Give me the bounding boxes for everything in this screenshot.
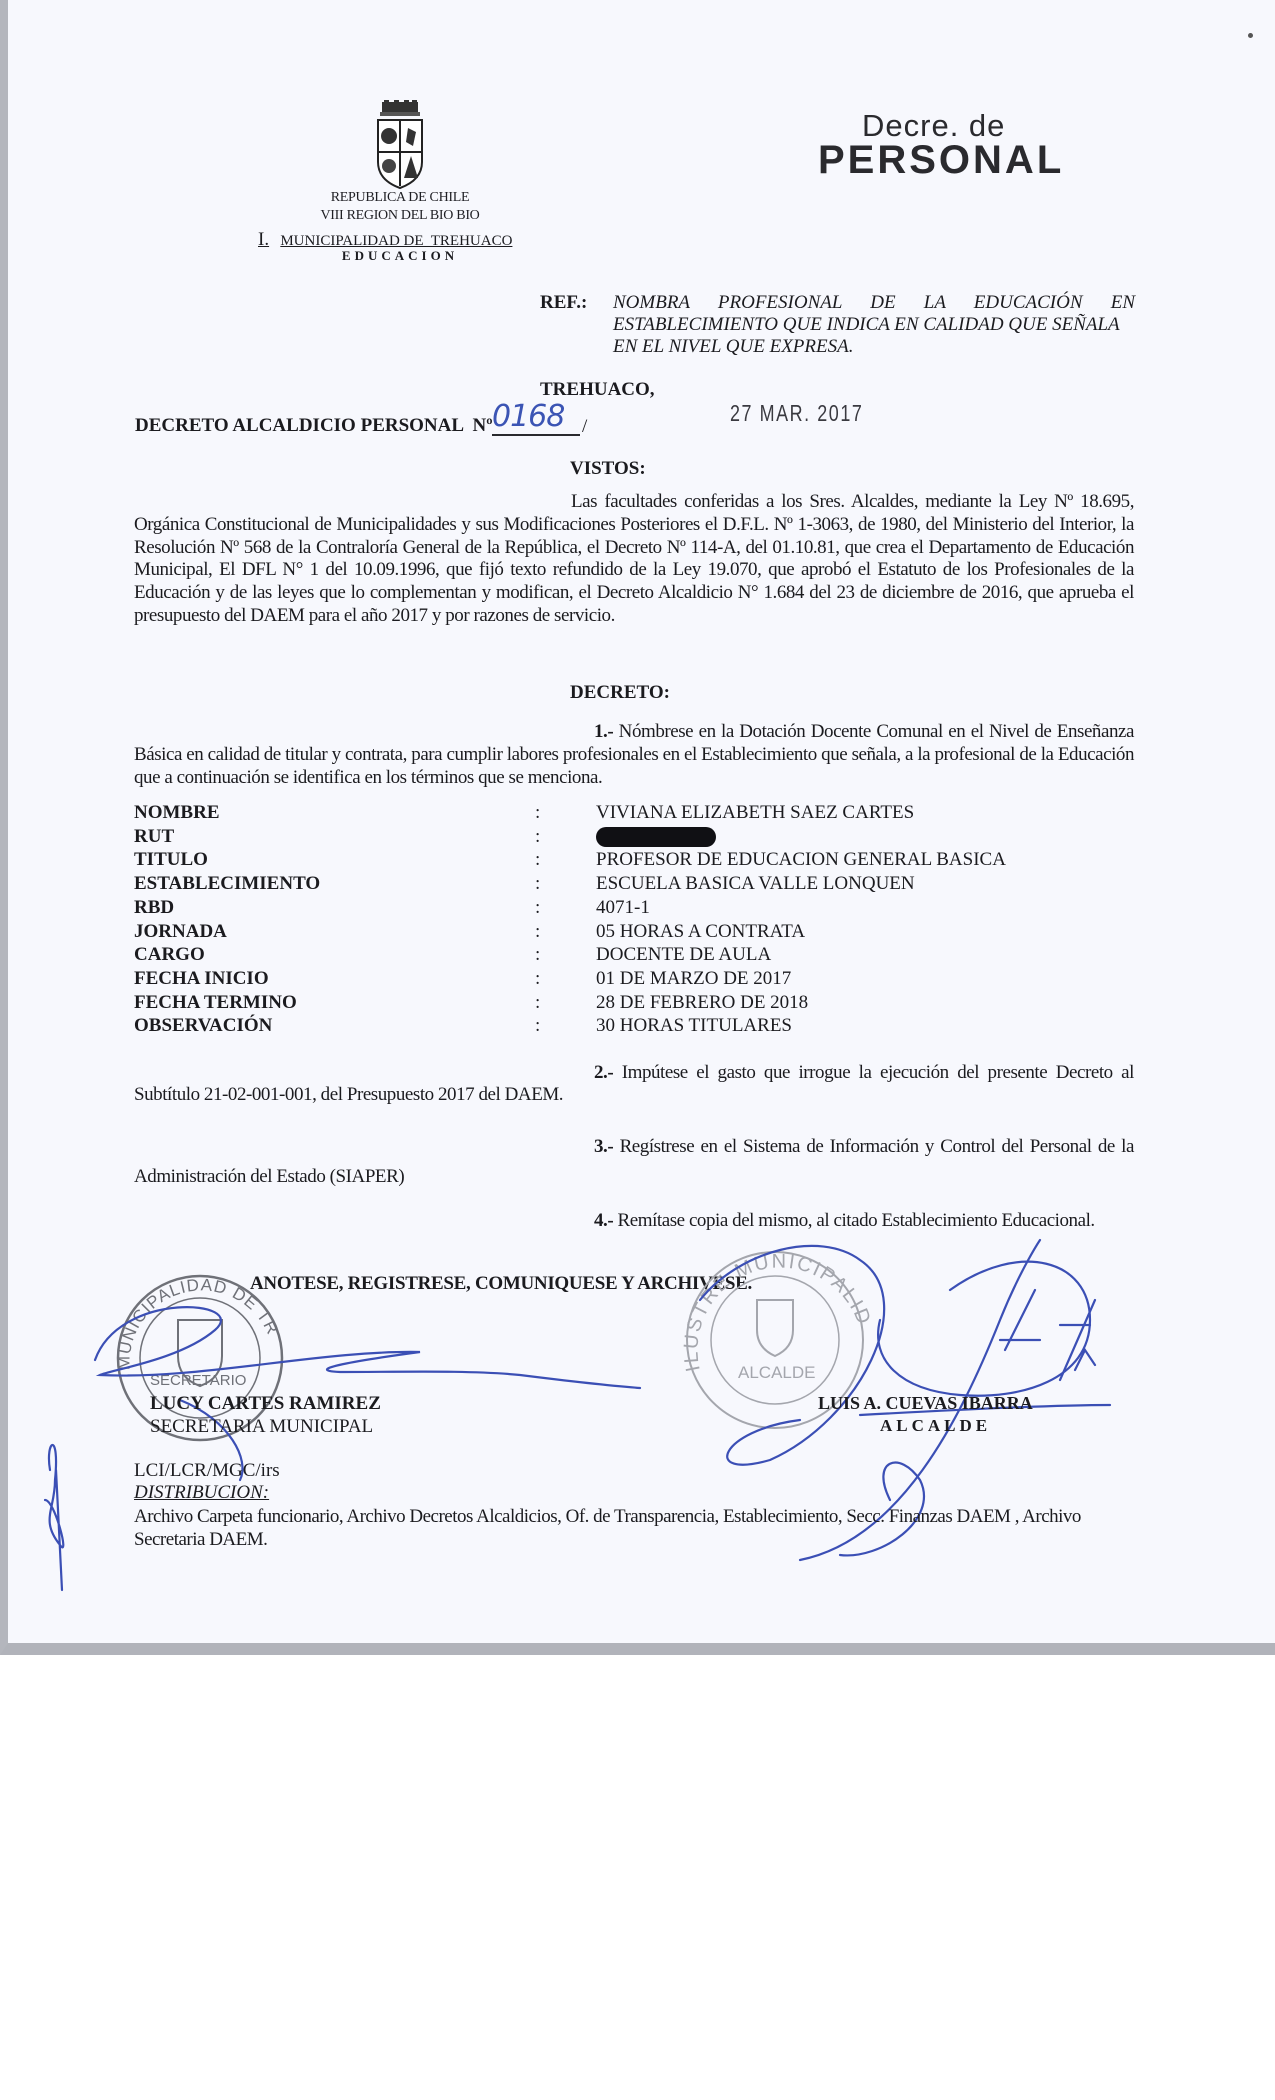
item-number: 3.- xyxy=(594,1136,613,1157)
vistos-heading: VISTOS: xyxy=(570,458,646,480)
author-initials: LCI/LCR/MGC/irs xyxy=(134,1460,280,1482)
decreto-item-3: 3.- Regístrese en el Sistema de Informac… xyxy=(134,1132,1134,1192)
vistos-text: Las facultades conferidas a los Sres. Al… xyxy=(134,491,1134,626)
field-separator: : xyxy=(535,897,540,919)
coat-of-arms-icon xyxy=(370,100,430,190)
decreto-item-4: 4.- Remítase copia del mismo, al citado … xyxy=(134,1205,1134,1237)
field-separator: : xyxy=(535,992,540,1014)
field-label: RBD xyxy=(134,897,174,919)
field-value: 01 DE MARZO DE 2017 xyxy=(596,968,791,990)
place-line: TREHUACO, xyxy=(540,379,655,401)
redacted-value xyxy=(596,826,716,848)
field-label: RUT xyxy=(134,826,174,848)
mayor-name: LUIS A. CUEVAS IBARRA xyxy=(818,1393,1033,1414)
field-value: PROFESOR DE EDUCACION GENERAL BASICA xyxy=(596,849,1006,871)
field-label: FECHA INICIO xyxy=(134,968,269,990)
item-number: 1.- xyxy=(594,721,613,742)
muni-prefix: I. xyxy=(258,229,269,250)
ref-label: REF.: xyxy=(540,292,587,314)
department-line: EDUCACION xyxy=(230,248,570,264)
field-label: CARGO xyxy=(134,944,205,966)
ref-text: NOMBRA PROFESIONAL DE LA EDUCACIÓN EN ES… xyxy=(613,292,1135,358)
decree-number-slash: / xyxy=(582,416,587,438)
field-value: 4071-1 xyxy=(596,897,650,919)
decreto-item-1: 1.- Nómbrese en la Dotación Docente Comu… xyxy=(134,721,1134,789)
field-value: 05 HORAS A CONTRATA xyxy=(596,921,805,943)
field-separator: : xyxy=(535,1015,540,1037)
decree-number-handwritten: 0168 xyxy=(492,400,580,436)
field-separator: : xyxy=(535,944,540,966)
field-separator: : xyxy=(535,921,540,943)
field-label: JORNADA xyxy=(134,921,227,943)
secretary-name: LUCY CARTES RAMIREZ xyxy=(150,1393,381,1415)
decreto-heading: DECRETO: xyxy=(570,682,670,704)
field-label: TITULO xyxy=(134,849,208,871)
item-text: Impútese el gasto que irrogue la ejecuci… xyxy=(134,1062,1134,1105)
field-label: ESTABLECIMIENTO xyxy=(134,873,320,895)
field-label: FECHA TERMINO xyxy=(134,992,297,1014)
decree-number-label: DECRETO ALCALDICIO PERSONAL Nº xyxy=(135,415,493,437)
item-text: Nómbrese en la Dotación Docente Comunal … xyxy=(134,721,1134,788)
region-line: VIII REGION DEL BIO BIO xyxy=(230,208,570,224)
municipality-name: MUNICIPALIDAD DE TREHUACO xyxy=(280,233,512,249)
country-line: REPUBLICA DE CHILE xyxy=(230,190,570,206)
field-label: OBSERVACIÓN xyxy=(134,1015,272,1037)
field-value: 30 HORAS TITULARES xyxy=(596,1015,792,1037)
item-text: Remítase copia del mismo, al citado Esta… xyxy=(618,1210,1095,1231)
decree-type-stamp: Decre. de PERSONAL xyxy=(818,108,1064,183)
field-label: NOMBRE xyxy=(134,802,220,824)
distribution-list: Archivo Carpeta funcionario, Archivo Dec… xyxy=(134,1505,1144,1551)
date-stamp: 27 MAR. 2017 xyxy=(730,400,863,427)
item-text: Regístrese en el Sistema de Información … xyxy=(134,1136,1134,1187)
item-number: 2.- xyxy=(594,1062,613,1083)
stamp-line-2: PERSONAL xyxy=(818,138,1064,183)
field-separator: : xyxy=(535,968,540,990)
mayor-role: ALCALDE xyxy=(880,1416,991,1436)
field-separator: : xyxy=(535,873,540,895)
item-number: 4.- xyxy=(594,1210,613,1231)
field-value: 28 DE FEBRERO DE 2018 xyxy=(596,992,808,1014)
field-separator: : xyxy=(535,849,540,871)
distribution-heading: DISTRIBUCION: xyxy=(134,1482,269,1504)
vistos-paragraph: Las facultades conferidas a los Sres. Al… xyxy=(134,491,1134,628)
closing-formula: ANOTESE, REGISTRESE, COMUNIQUESE Y ARCHI… xyxy=(250,1273,752,1295)
field-separator: : xyxy=(535,826,540,848)
field-value: VIVIANA ELIZABETH SAEZ CARTES xyxy=(596,802,914,824)
ref-line-2: ESTABLECIMIENTO QUE INDICA EN CALIDAD QU… xyxy=(613,314,1135,336)
scan-speck xyxy=(1248,33,1253,38)
decreto-item-2: 2.- Impútese el gasto que irrogue la eje… xyxy=(134,1062,1134,1106)
field-value: ESCUELA BASICA VALLE LONQUEN xyxy=(596,873,915,895)
ref-line-3: EN EL NIVEL QUE EXPRESA. xyxy=(613,336,1135,358)
ref-line-1: NOMBRA PROFESIONAL DE LA EDUCACIÓN EN xyxy=(613,292,1135,314)
field-separator: : xyxy=(535,802,540,824)
secretary-role: SECRETARIA MUNICIPAL xyxy=(150,1416,373,1438)
field-value: DOCENTE DE AULA xyxy=(596,944,771,966)
